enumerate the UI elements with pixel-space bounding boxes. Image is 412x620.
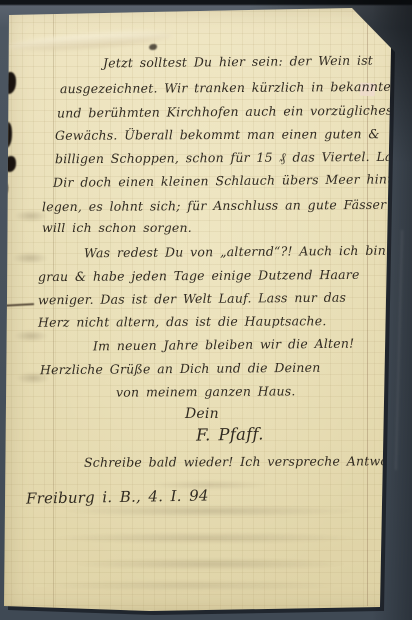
letter-line-14: Herzliche Grüße an Dich und die Deinen bbox=[40, 362, 321, 377]
closing-word: Dein bbox=[185, 407, 219, 421]
paper-damage-spot bbox=[0, 182, 8, 196]
letter-line-9: Was redest Du von „alternd“?! Auch ich b… bbox=[84, 245, 386, 260]
ink-bleedthrough-smudge bbox=[60, 505, 360, 517]
letter-photograph: Jetzt solltest Du hier sein: der Wein is… bbox=[0, 0, 412, 620]
letter-line-11: weniger. Das ist der Welt Lauf. Lass nur… bbox=[38, 292, 346, 307]
ink-bleedthrough-smudge bbox=[50, 532, 360, 544]
signature-name: F. Pfaff. bbox=[196, 426, 264, 444]
ink-bleedthrough-smudge bbox=[70, 558, 350, 570]
margin-rule-right bbox=[367, 10, 368, 606]
ink-bleedthrough-smudge bbox=[14, 330, 48, 342]
letter-line-13: Im neuen Jahre bleiben wir die Alten! bbox=[93, 338, 354, 353]
letter-line-15: von meinem ganzen Haus. bbox=[116, 385, 296, 399]
letter-line-2: ausgezeichnet. Wir tranken kürzlich in b… bbox=[60, 81, 399, 96]
letter-paper: Jetzt solltest Du hier sein: der Wein is… bbox=[0, 0, 412, 620]
letter-line-3: und berühmten Kirchhofen auch ein vorzüg… bbox=[57, 105, 393, 120]
ink-bleedthrough-smudge bbox=[40, 580, 340, 591]
letter-line-7: legen, es lohnt sich; für Anschluss an g… bbox=[42, 199, 386, 214]
postscript-line: Schreibe bald wieder! Ich verspreche Ant… bbox=[84, 455, 404, 469]
letter-line-5: billigen Schoppen, schon für 15 ₰ das Vi… bbox=[55, 151, 406, 166]
letter-line-12: Herz nicht altern, das ist die Hauptsach… bbox=[38, 315, 327, 329]
letter-line-1: Jetzt solltest Du hier sein: der Wein is… bbox=[103, 55, 373, 70]
dateline: Freiburg i. B., 4. I. 94 bbox=[26, 488, 209, 506]
letter-line-10: grau & habe jeden Tage einige Dutzend Ha… bbox=[38, 269, 360, 284]
background-scratch bbox=[395, 230, 403, 470]
margin-rule-left bbox=[53, 10, 54, 608]
ink-bleedthrough-smudge bbox=[12, 252, 48, 264]
letter-line-8: will ich schon sorgen. bbox=[42, 222, 192, 235]
letter-line-4: Gewächs. Überall bekommt man einen guten… bbox=[55, 128, 380, 142]
